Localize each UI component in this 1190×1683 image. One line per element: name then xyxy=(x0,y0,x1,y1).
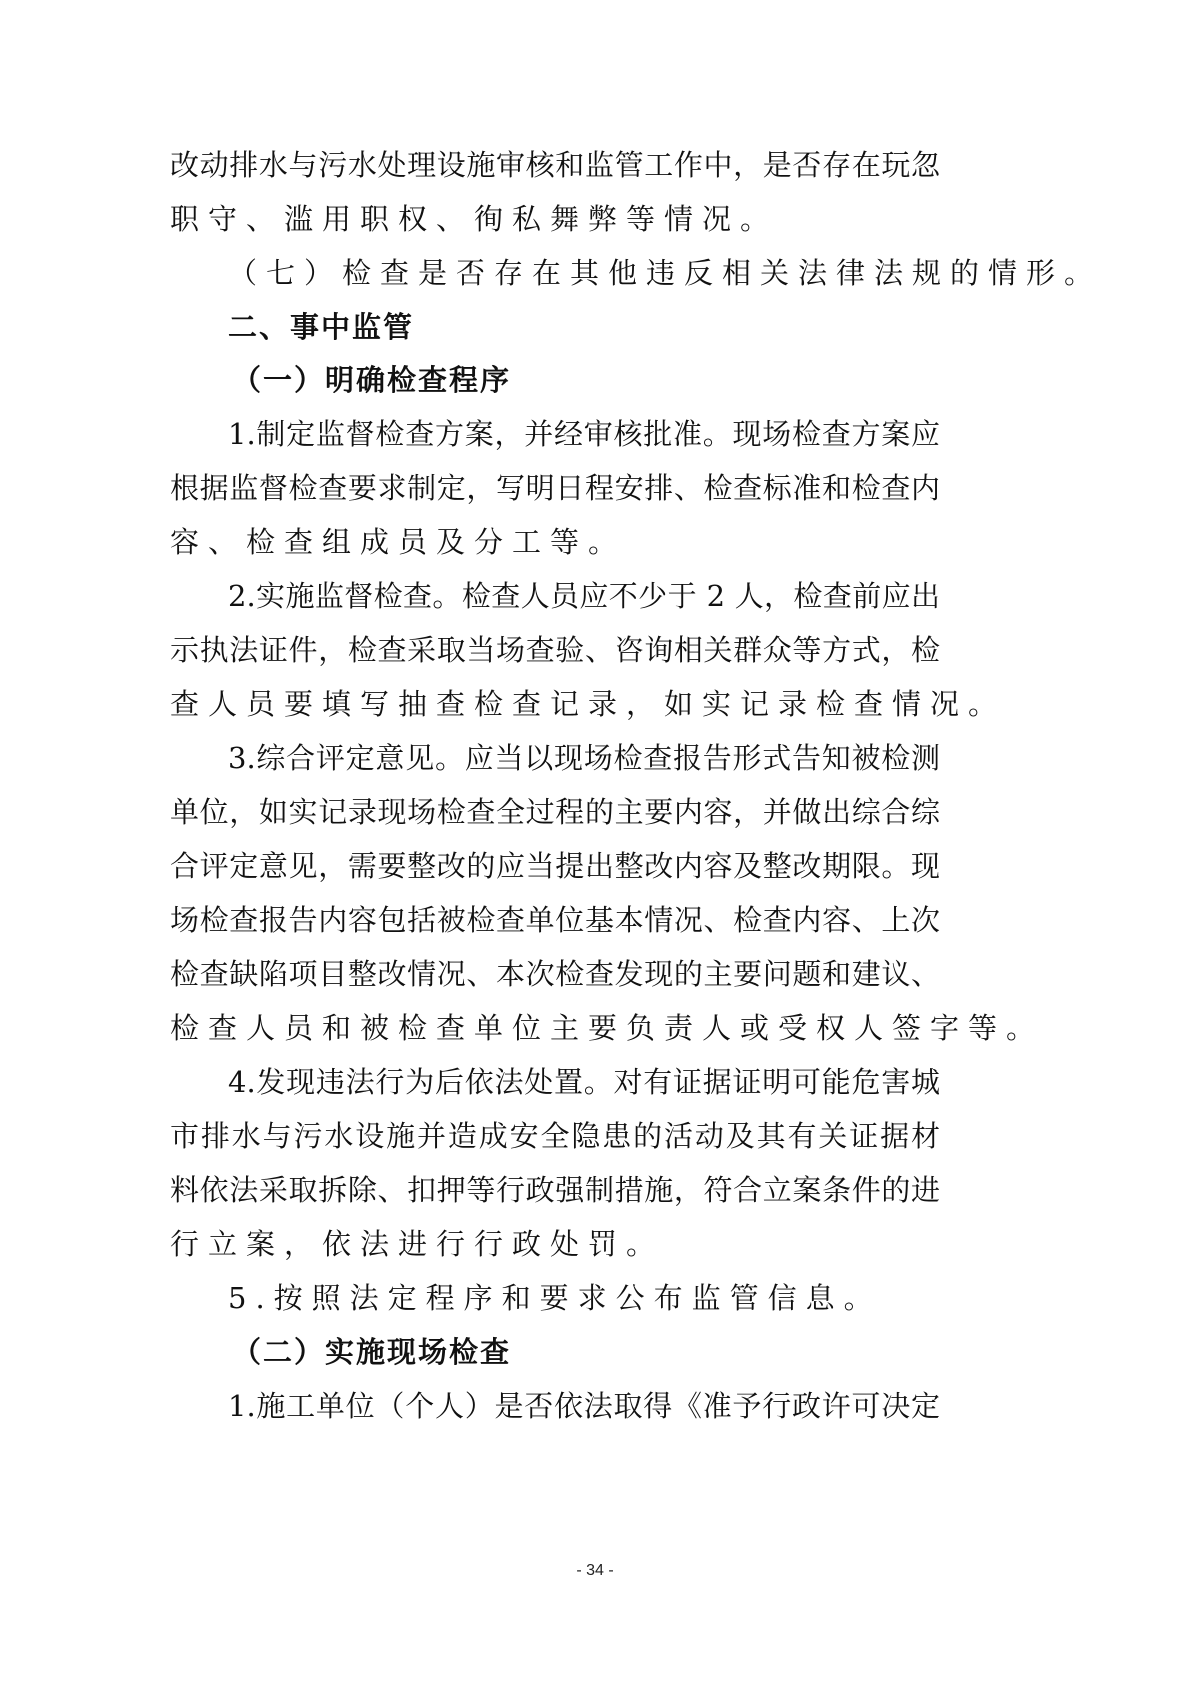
paragraph-line: 检查缺陷项目整改情况、本次检查发现的主要问题和建议、 xyxy=(170,954,940,994)
paragraph-line: 料依法采取拆除、扣押等行政强制措施，符合立案条件的进 xyxy=(170,1170,940,1210)
paragraph-line: 市排水与污水设施并造成安全隐患的活动及其有关证据材 xyxy=(170,1116,940,1156)
paragraph-line: 合评定意见，需要整改的应当提出整改内容及整改期限。现 xyxy=(170,846,940,886)
paragraph-line: 查人员要填写抽查检查记录，如实记录检查情况。 xyxy=(170,684,950,724)
paragraph-line: 根据监督检查要求制定，写明日程安排、检查标准和检查内 xyxy=(170,468,940,508)
paragraph-line: 容、检查组成员及分工等。 xyxy=(170,522,950,562)
paragraph-line: 行立案，依法进行行政处罚。 xyxy=(170,1224,950,1264)
paragraph-line: 4.发现违法行为后依法处置。对有证据证明可能危害城 xyxy=(228,1062,940,1102)
paragraph-line: 示执法证件，检查采取当场查验、咨询相关群众等方式，检 xyxy=(170,630,940,670)
paragraph-line: 3.综合评定意见。应当以现场检查报告形式告知被检测 xyxy=(228,738,940,778)
paragraph-line: 单位，如实记录现场检查全过程的主要内容，并做出综合综 xyxy=(170,792,940,832)
paragraph-line: 2.实施监督检查。检查人员应不少于 2 人，检查前应出 xyxy=(228,576,940,616)
paragraph-line: 1.施工单位（个人）是否依法取得《准予行政许可决定 xyxy=(228,1386,940,1426)
paragraph-line: 场检查报告内容包括被检查单位基本情况、检查内容、上次 xyxy=(170,900,940,940)
paragraph-line: 检查人员和被检查单位主要负责人或受权人签字等。 xyxy=(170,1008,950,1048)
paragraph-line: 5.按照法定程序和要求公布监管信息。 xyxy=(228,1278,1008,1318)
subsection-heading: （一）明确检查程序 xyxy=(232,360,1012,400)
paragraph-line: 改动排水与污水处理设施审核和监管工作中，是否存在玩忽 xyxy=(170,145,940,185)
document-page: 改动排水与污水处理设施审核和监管工作中，是否存在玩忽 职守、滥用职权、徇私舞弊等… xyxy=(0,0,1190,1683)
paragraph-line: （七）检查是否存在其他违反相关法律法规的情形。 xyxy=(228,253,1008,293)
paragraph-line: 1.制定监督检查方案，并经审核批准。现场检查方案应 xyxy=(228,414,940,454)
paragraph-line: 职守、滥用职权、徇私舞弊等情况。 xyxy=(170,199,950,239)
subsection-heading: （二）实施现场检查 xyxy=(232,1332,1012,1372)
page-number: - 34 - xyxy=(0,1562,1190,1580)
section-heading: 二、事中监管 xyxy=(228,307,1008,347)
